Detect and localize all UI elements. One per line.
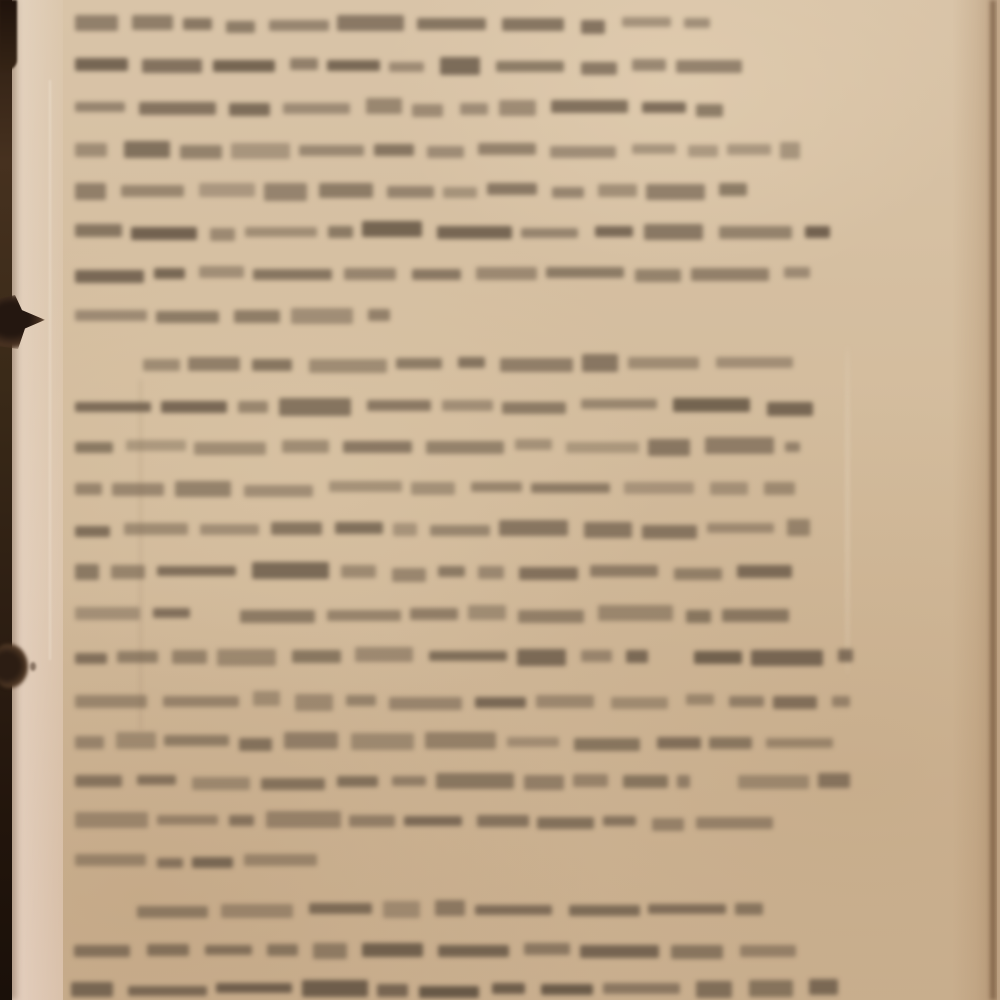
- typewritten-line: [0, 353, 1000, 375]
- typewritten-line: [0, 14, 1000, 36]
- typewritten-line: [0, 436, 1000, 458]
- typewritten-line: [0, 97, 1000, 119]
- typewritten-line: [0, 395, 1000, 417]
- typewritten-line: [0, 811, 1000, 833]
- typewritten-line: [0, 221, 1000, 243]
- book-spine-edge: [0, 0, 12, 1000]
- typewritten-line: [0, 139, 1000, 161]
- typewritten-line: [0, 561, 1000, 583]
- typewritten-line: [0, 478, 1000, 500]
- typewritten-line: [0, 899, 1000, 921]
- scanned-page: [0, 0, 1000, 1000]
- typewritten-line: [0, 771, 1000, 793]
- typewritten-line: [0, 304, 1000, 326]
- typewritten-line: [0, 646, 1000, 668]
- typewritten-line: [0, 851, 1000, 873]
- typewritten-line: [0, 604, 1000, 626]
- typewritten-line: [0, 690, 1000, 712]
- typewritten-line: [0, 55, 1000, 77]
- typewritten-line: [0, 263, 1000, 285]
- typewritten-line: [0, 180, 1000, 202]
- typewritten-line: [0, 939, 1000, 961]
- typewritten-line: [0, 731, 1000, 753]
- typewritten-line: [0, 519, 1000, 541]
- typewritten-text-block: [0, 0, 1000, 1000]
- ink-speck: [30, 662, 36, 671]
- typewritten-line: [0, 979, 1000, 1000]
